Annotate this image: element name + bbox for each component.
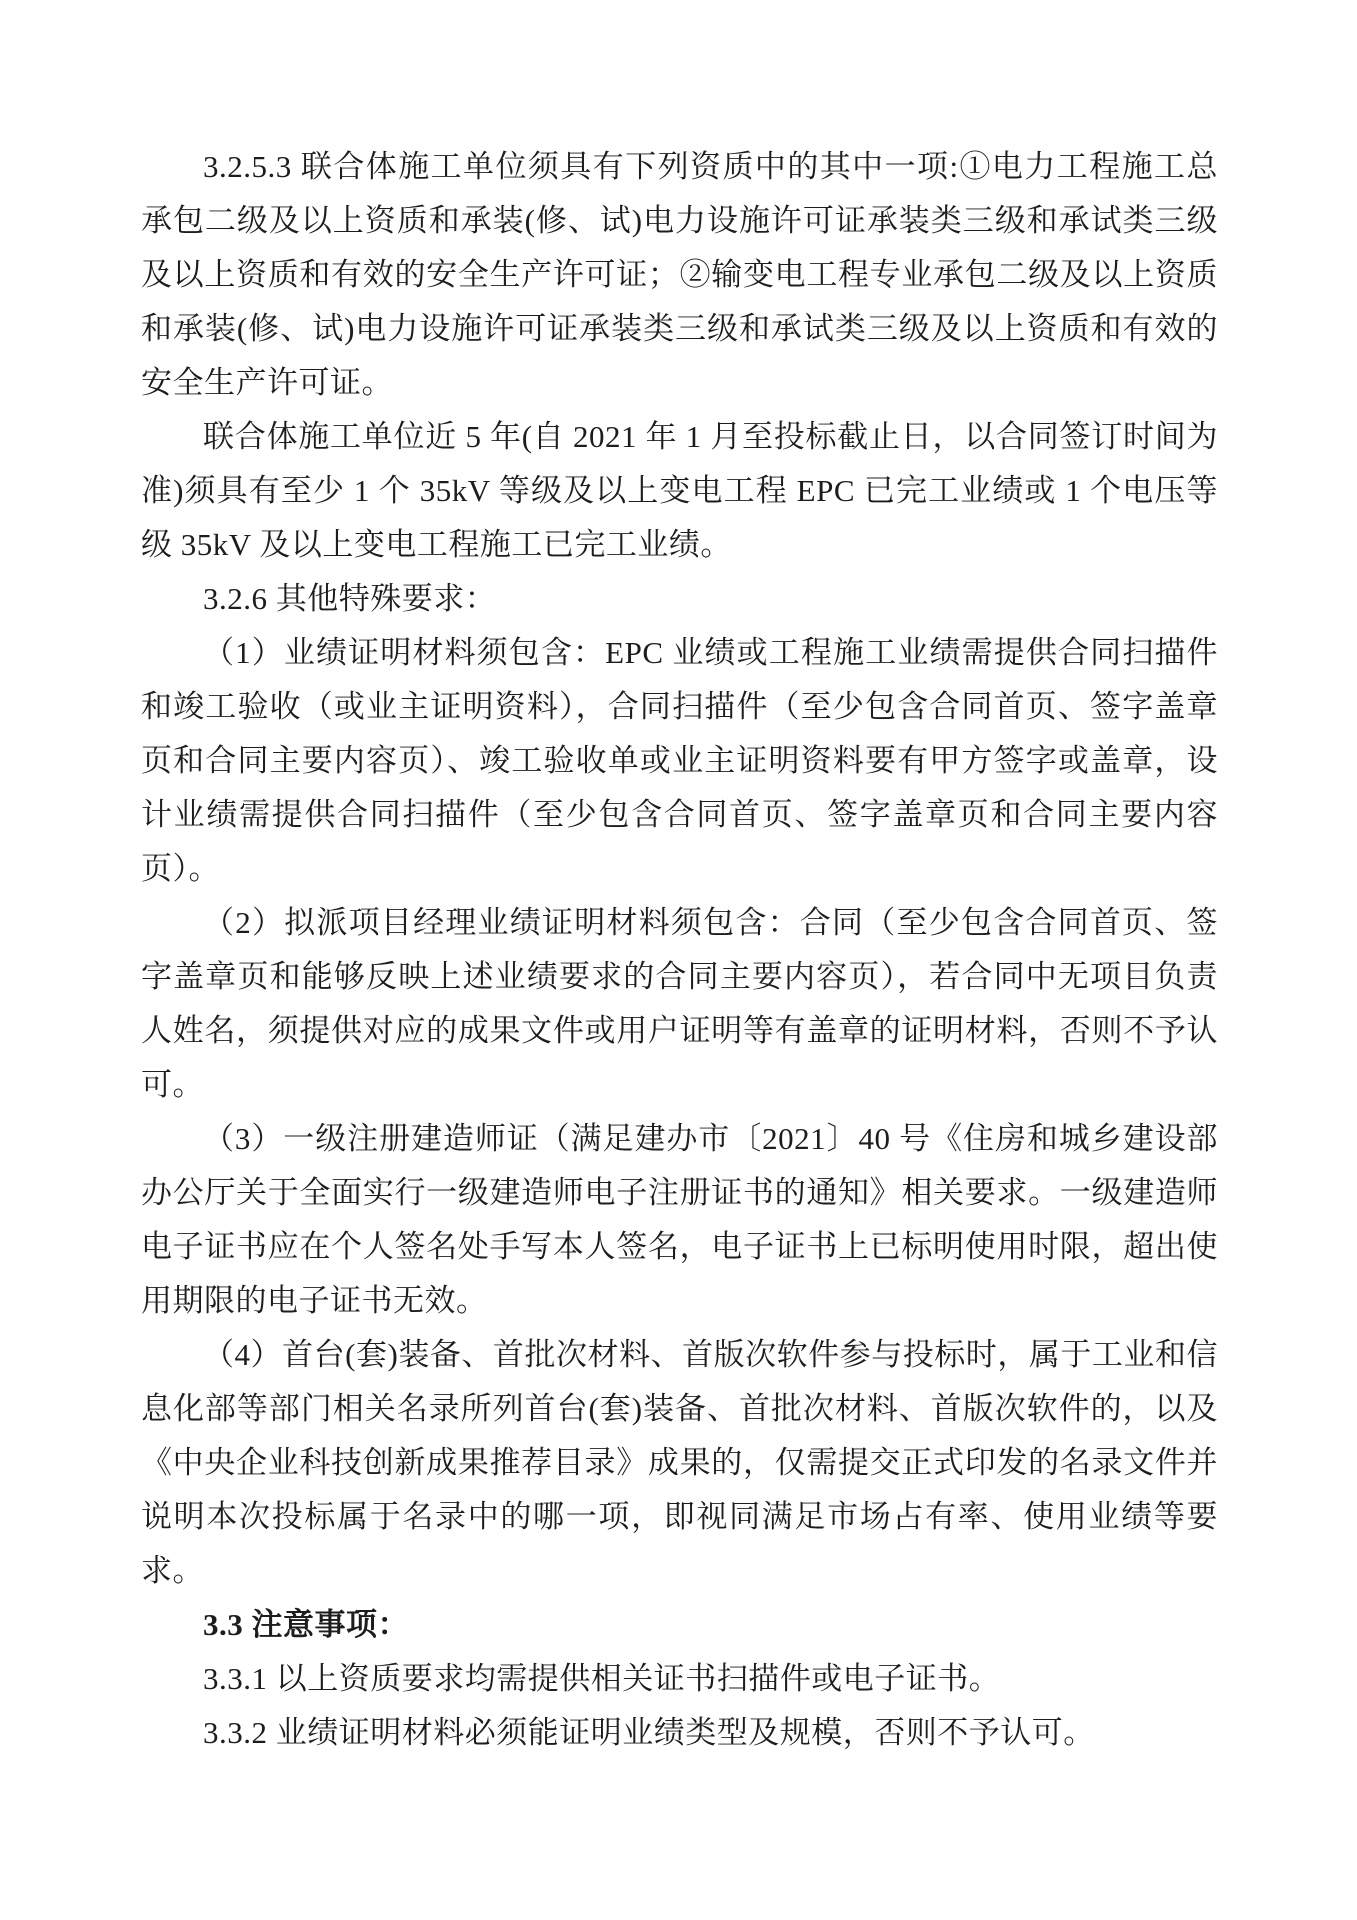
paragraph-3-2-6-item-4: （4）首台(套)装备、首批次材料、首版次软件参与投标时，属于工业和信息化部等部门… [141,1328,1218,1598]
document-body: 3.2.5.3 联合体施工单位须具有下列资质中的其中一项:①电力工程施工总承包二… [141,140,1218,1760]
paragraph-3-3-2: 3.3.2 业绩证明材料必须能证明业绩类型及规模，否则不予认可。 [141,1706,1218,1760]
paragraph-3-2-6-item-2: （2）拟派项目经理业绩证明材料须包含：合同（至少包含合同首页、签字盖章页和能够反… [141,896,1218,1112]
heading-3-2-6: 3.2.6 其他特殊要求： [141,572,1218,626]
paragraph-3-2-6-item-1: （1）业绩证明材料须包含：EPC 业绩或工程施工业绩需提供合同扫描件和竣工验收（… [141,626,1218,896]
paragraph-3-2-6-item-3: （3）一级注册建造师证（满足建办市〔2021〕40 号《住房和城乡建设部办公厅关… [141,1112,1218,1328]
paragraph-3-2-5-3-supplement: 联合体施工单位近 5 年(自 2021 年 1 月至投标截止日，以合同签订时间为… [141,410,1218,572]
document-page: 3.2.5.3 联合体施工单位须具有下列资质中的其中一项:①电力工程施工总承包二… [0,0,1357,1920]
heading-3-3: 3.3 注意事项： [141,1598,1218,1652]
paragraph-3-3-1: 3.3.1 以上资质要求均需提供相关证书扫描件或电子证书。 [141,1652,1218,1706]
paragraph-3-2-5-3: 3.2.5.3 联合体施工单位须具有下列资质中的其中一项:①电力工程施工总承包二… [141,140,1218,410]
